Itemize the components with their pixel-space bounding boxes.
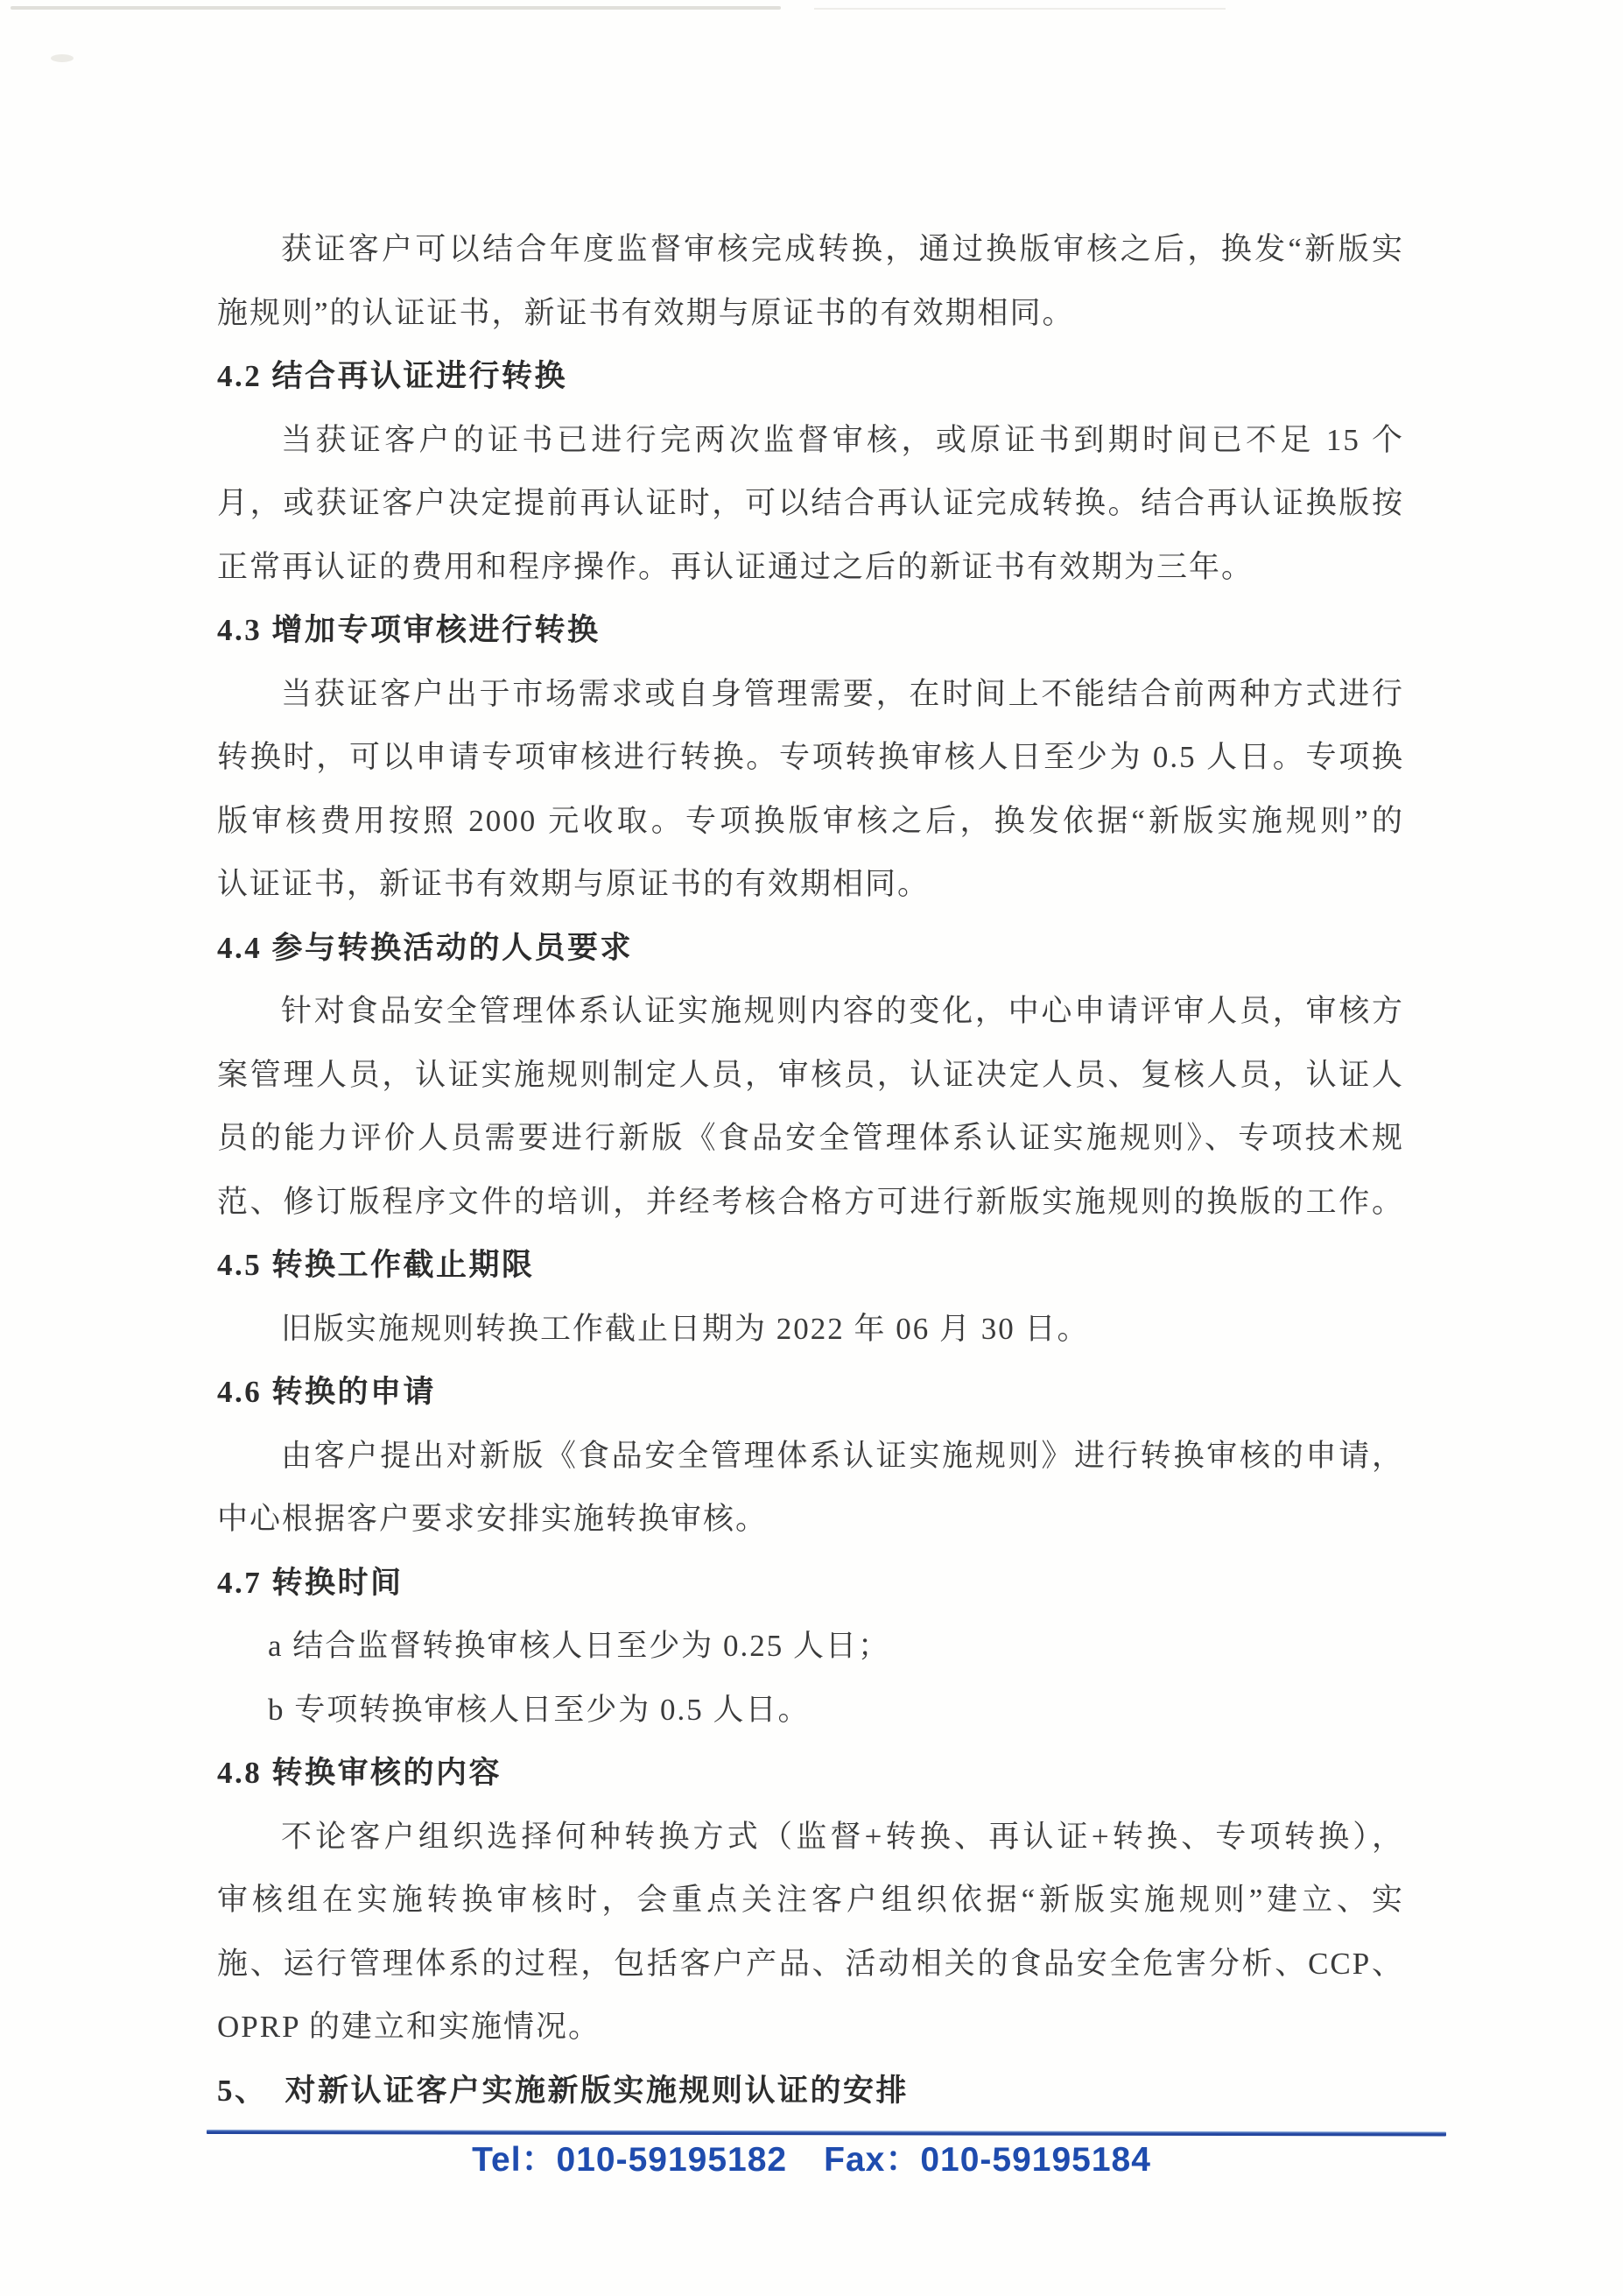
text-line: 案管理人员，认证实施规则制定人员，审核员，认证决定人员、复核人员，认证人 bbox=[217, 1044, 1404, 1108]
scan-artifact-smudge bbox=[51, 54, 74, 62]
text-line: 月，或获证客户决定提前再认证时，可以结合再认证完成转换。结合再认证换版按 bbox=[217, 472, 1404, 536]
document-body: 获证客户可以结合年度监督审核完成转换，通过换版审核之后，换发“新版实施规则”的认… bbox=[217, 218, 1404, 2123]
text-line: a 结合监督转换审核人日至少为 0.25 人日； bbox=[217, 1615, 1404, 1679]
text-line: 获证客户可以结合年度监督审核完成转换，通过换版审核之后，换发“新版实 bbox=[217, 218, 1404, 282]
footer-divider-line bbox=[207, 2130, 1446, 2136]
text-line: 认证证书，新证书有效期与原证书的有效期相同。 bbox=[217, 853, 1404, 917]
section-heading: 4.3 增加专项审核进行转换 bbox=[217, 599, 1404, 663]
section-heading: 5、 对新认证客户实施新版实施规则认证的安排 bbox=[217, 2060, 1404, 2123]
text-line: 旧版实施规则转换工作截止日期为 2022 年 06 月 30 日。 bbox=[217, 1298, 1404, 1362]
text-line: 范、修订版程序文件的培训，并经考核合格方可进行新版实施规则的换版的工作。 bbox=[217, 1171, 1404, 1235]
text-line: 施规则”的认证证书，新证书有效期与原证书的有效期相同。 bbox=[217, 282, 1404, 346]
text-line: 审核组在实施转换审核时，会重点关注客户组织依据“新版实施规则”建立、实 bbox=[217, 1869, 1404, 1933]
scan-artifact-streak bbox=[11, 6, 781, 10]
text-line: 施、运行管理体系的过程，包括客户产品、活动相关的食品安全危害分析、CCP、 bbox=[217, 1933, 1404, 1997]
text-line: 当获证客户出于市场需求或自身管理需要，在时间上不能结合前两种方式进行 bbox=[217, 663, 1404, 727]
text-line: OPRP 的建立和实施情况。 bbox=[217, 1996, 1404, 2060]
scan-artifact-streak bbox=[814, 8, 1226, 10]
section-heading: 4.2 结合再认证进行转换 bbox=[217, 345, 1404, 409]
text-line: 正常再认证的费用和程序操作。再认证通过之后的新证书有效期为三年。 bbox=[217, 536, 1404, 600]
page-footer: Tel：010-59195182Fax：010-59195184 bbox=[0, 2138, 1623, 2183]
text-line: 转换时，可以申请专项审核进行转换。专项转换审核人日至少为 0.5 人日。专项换 bbox=[217, 726, 1404, 790]
text-line: 员的能力评价人员需要进行新版《食品安全管理体系认证实施规则》、专项技术规 bbox=[217, 1107, 1404, 1171]
document-page: 获证客户可以结合年度监督审核完成转换，通过换版审核之后，换发“新版实施规则”的认… bbox=[0, 0, 1623, 2296]
footer-fax: Fax：010-59195184 bbox=[824, 2141, 1151, 2179]
section-heading: 4.5 转换工作截止期限 bbox=[217, 1234, 1404, 1298]
text-line: 针对食品安全管理体系认证实施规则内容的变化，中心申请评审人员，审核方 bbox=[217, 980, 1404, 1044]
section-heading: 4.6 转换的申请 bbox=[217, 1361, 1404, 1425]
section-heading: 4.4 参与转换活动的人员要求 bbox=[217, 917, 1404, 981]
footer-tel: Tel：010-59195182 bbox=[472, 2141, 787, 2179]
section-heading: 4.8 转换审核的内容 bbox=[217, 1742, 1404, 1806]
text-line: 版审核费用按照 2000 元收取。专项换版审核之后，换发依据“新版实施规则”的 bbox=[217, 790, 1404, 854]
text-line: 当获证客户的证书已进行完两次监督审核，或原证书到期时间已不足 15 个 bbox=[217, 409, 1404, 473]
text-line: 不论客户组织选择何种转换方式（监督+转换、再认证+转换、专项转换）， bbox=[217, 1806, 1404, 1870]
text-line: 中心根据客户要求安排实施转换审核。 bbox=[217, 1488, 1404, 1552]
text-line: 由客户提出对新版《食品安全管理体系认证实施规则》进行转换审核的申请， bbox=[217, 1425, 1404, 1489]
text-line: b 专项转换审核人日至少为 0.5 人日。 bbox=[217, 1679, 1404, 1743]
section-heading: 4.7 转换时间 bbox=[217, 1552, 1404, 1616]
